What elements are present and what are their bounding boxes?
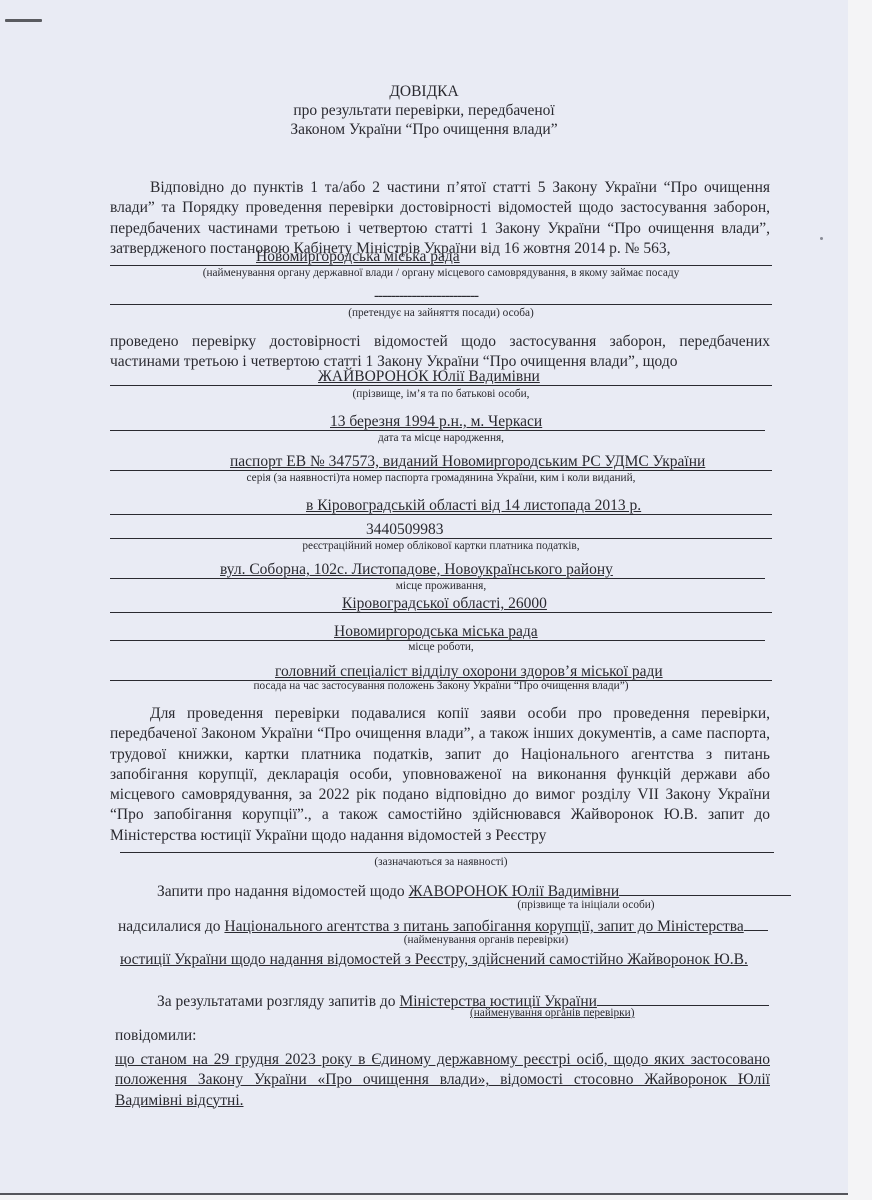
requests-sent-blank <box>744 915 768 931</box>
passport-value: паспорт ЕВ № 347573, виданий Новомиргоро… <box>230 452 705 471</box>
job-title-value: головний спеціаліст відділу охорони здор… <box>275 662 663 681</box>
requests-line: Запити про надання відомостей щодо ЖАВОР… <box>157 880 791 901</box>
document-title: ДОВІДКА <box>0 82 848 101</box>
tax-id-caption: реєстраційний номер облікової картки пла… <box>110 540 772 553</box>
document-subtitle-2: Законом України “Про очищення влади” <box>0 120 848 139</box>
requests-name: ЖАВОРОНОК Юлії Вадимівни <box>409 883 620 900</box>
requests-sent-to-2: юстиції України щодо надання відомостей … <box>120 950 748 969</box>
workplace-value: Новомиргородська міська рада <box>334 622 538 641</box>
scan-artifact-mark <box>5 19 42 22</box>
results-body-caption: (найменування органів перевірки) <box>470 1007 634 1019</box>
tax-id-value: 3440509983 <box>366 520 444 539</box>
passport-field: паспорт ЕВ № 347573, виданий Новомиргоро… <box>110 450 772 471</box>
passport-issued-field: в Кіровоградській області від 14 листопа… <box>110 494 772 515</box>
conclusion-paragraph: що станом на 29 грудня 2023 року в Єдино… <box>115 1050 770 1111</box>
requests-name-blank <box>619 880 791 896</box>
job-title-caption: посада на час застосування положень Зако… <box>110 680 772 693</box>
full-name-value: ЖАЙВОРОНОК Юлії Вадимівни <box>318 367 540 386</box>
residence-value-1: вул. Соборна, 102с. Листопадове, Новоукр… <box>220 560 613 579</box>
requests-sent-caption: (найменування органів перевірки) <box>300 934 672 946</box>
reported-label: повідомили: <box>115 1026 196 1045</box>
position-claim-caption: (претендує на зайняття посади) особа) <box>110 307 772 320</box>
document-subtitle-1: про результати перевірки, передбаченої <box>0 101 848 120</box>
job-title-field: головний спеціаліст відділу охорони здор… <box>110 660 772 681</box>
birth-value: 13 березня 1994 р.н., м. Черкаси <box>330 412 542 431</box>
scanned-page: ДОВІДКА про результати перевірки, передб… <box>0 0 848 1195</box>
position-claim-value: ------------------------- <box>374 286 478 305</box>
workplace-caption: місце роботи, <box>110 641 772 654</box>
full-name-field: ЖАЙВОРОНОК Юлії Вадимівни <box>110 365 772 386</box>
residence-field-2: Кіровоградської області, 26000 <box>110 592 772 613</box>
requests-sent-prefix: надсилалися до <box>118 918 221 935</box>
requests-prefix: Запити про надання відомостей щодо <box>157 883 405 900</box>
birth-caption: дата та місце народження, <box>110 432 772 445</box>
requests-sent-to-1: Національного агентства з питань запобіг… <box>224 918 743 935</box>
full-name-caption: (прізвище, ім’я та по батькові особи, <box>110 388 772 401</box>
results-line: За результатами розгляду запитів до Міні… <box>157 990 769 1011</box>
residence-field-1: вул. Соборна, 102с. Листопадове, Новоукр… <box>110 558 765 579</box>
residence-value-2: Кіровоградської області, 26000 <box>342 594 547 613</box>
optional-caption: (зазначаються за наявності) <box>110 856 772 869</box>
authority-field: Новомиргородська міська рада <box>110 245 772 266</box>
authority-value: Новомиргородська міська рада <box>256 247 460 266</box>
birth-field: 13 березня 1994 р.н., м. Черкаси <box>110 410 765 431</box>
requests-name-caption: (прізвище та ініціали особи) <box>400 899 772 911</box>
results-prefix: За результатами розгляду запитів до <box>157 993 396 1010</box>
position-claim-field: ------------------------- <box>110 284 772 305</box>
workplace-field: Новомиргородська міська рада <box>110 620 765 641</box>
requests-sent-line: надсилалися до Національного агентства з… <box>118 915 768 936</box>
results-body-blank <box>597 990 769 1006</box>
passport-issued-value: в Кіровоградській області від 14 листопа… <box>306 496 641 515</box>
authority-caption: (найменування органу державної влади / о… <box>110 267 772 280</box>
scan-speck <box>820 237 823 240</box>
optional-field <box>120 832 774 853</box>
passport-caption: серія (за наявності)та номер паспорта гр… <box>110 472 772 485</box>
tax-id-field: 3440509983 <box>110 518 772 539</box>
documents-paragraph: Для проведення перевірки подавалися копі… <box>110 704 770 846</box>
